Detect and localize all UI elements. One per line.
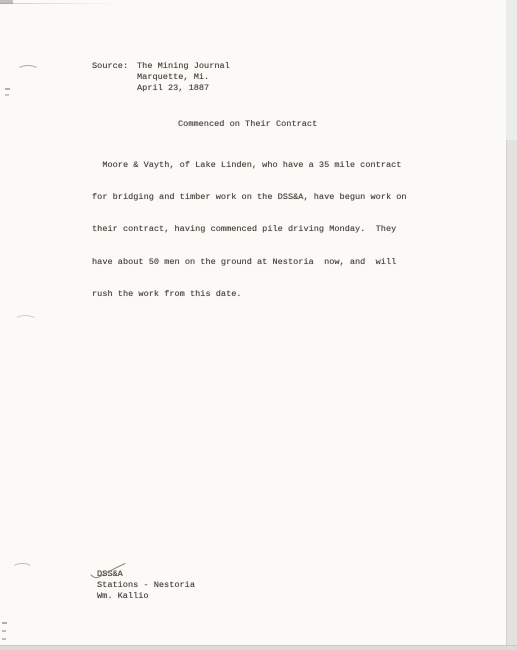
- article-body-line: for bridging and timber work on the DSS&…: [92, 192, 407, 203]
- corner-smudge-mark: [0, 0, 13, 4]
- source-date: April 23, 1887: [137, 83, 209, 94]
- pencil-arc-mark: [17, 65, 39, 76]
- edge-artifact-mark: [2, 630, 6, 632]
- edge-artifact-mark: [5, 94, 9, 96]
- article-body-line: Moore & Vayth, of Lake Linden, who have …: [92, 160, 407, 171]
- source-label: Source:: [92, 61, 128, 72]
- article-title: Commenced on Their Contract: [178, 119, 317, 130]
- edge-artifact-mark: [2, 638, 6, 640]
- page-right-edge-shadow: [506, 0, 517, 140]
- article-body-line: their contract, having commenced pile dr…: [92, 224, 407, 235]
- page-top-edge-shadow: [0, 3, 120, 4]
- index-author: Wm. Kallio: [97, 591, 149, 602]
- article-body: Moore & Vayth, of Lake Linden, who have …: [92, 138, 407, 322]
- paper-sheet: [0, 0, 506, 645]
- source-location: Marquette, Mi.: [137, 72, 209, 83]
- index-subject: Stations - Nestoria: [97, 580, 195, 591]
- index-railroad: DSS&A: [97, 569, 123, 580]
- page-bottom-edge: [0, 645, 517, 650]
- source-publication: The Mining Journal: [137, 61, 230, 72]
- pencil-arc-mark: [12, 563, 33, 574]
- scanned-page: Source: The Mining Journal Marquette, Mi…: [0, 0, 517, 650]
- edge-artifact-mark: [5, 88, 10, 90]
- edge-artifact-mark: [2, 622, 7, 624]
- article-body-line: rush the work from this date.: [92, 289, 407, 300]
- article-body-line: have about 50 men on the ground at Nesto…: [92, 257, 407, 268]
- pencil-arc-mark: [14, 315, 37, 327]
